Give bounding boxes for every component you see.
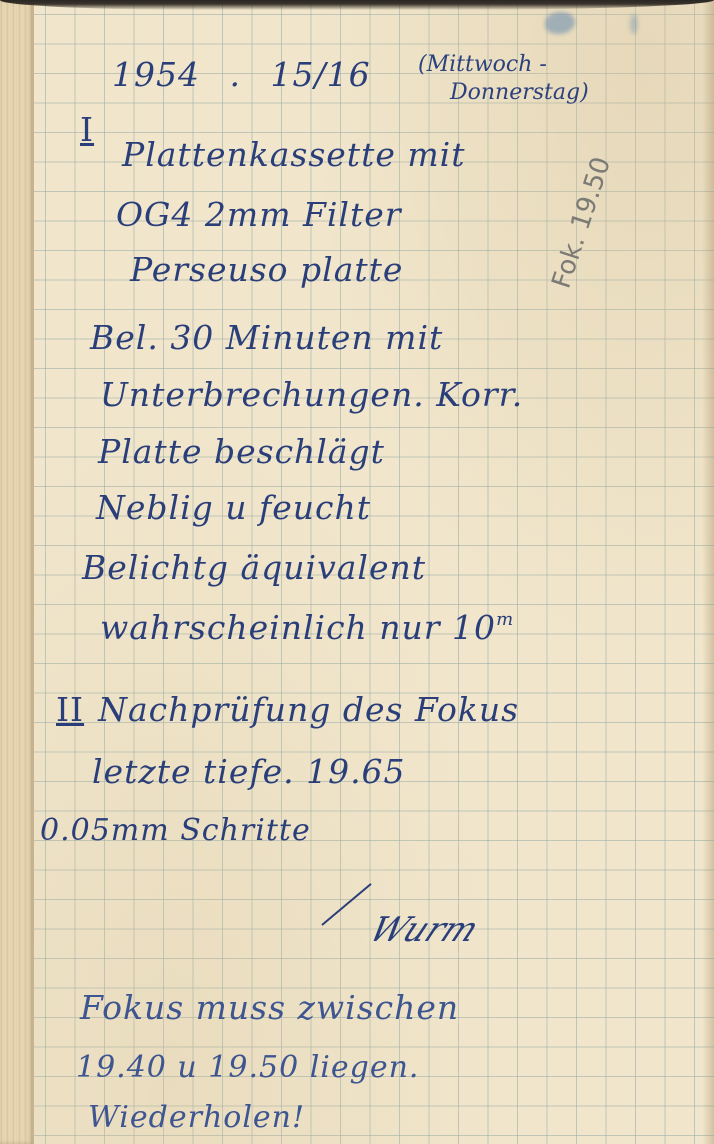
weekday-line-2: Donnerstag) [450,80,589,105]
entry-header-date: 1954 . 15/16 [112,55,371,94]
page-stack-edge [0,0,34,1144]
section-2-line-1: Nachprüfung des Fokus [98,690,519,729]
section-2-header: IINachprüfung des Fokus [56,690,519,729]
minutes-superscript: m [496,609,514,630]
section-1-line-4: Bel. 30 Minuten mit [90,318,443,357]
roman-numeral-1: I [80,110,94,149]
header-separator: . [229,55,241,94]
section-2-line-2: letzte tiefe. 19.65 [92,752,406,791]
section-1-line-3: Perseuso platte [130,250,403,289]
section-1-line-6: Platte beschlägt [98,432,385,471]
section-2-line-3: 0.05mm Schritte [40,813,311,848]
section-1-line-7: Neblig u feucht [96,488,371,527]
section-1-line-2: OG4 2mm Filter [116,195,402,234]
section-1-line-5: Unterbrechungen. Korr. [100,375,523,414]
section-1-line-1: Plattenkassette mit [122,135,465,174]
section-1-line-8: Belichtg äquivalent [82,548,426,587]
page-curl-shadow [702,0,714,1144]
signature: Wurm [363,910,486,950]
section-1-line-9: wahrscheinlich nur 10m [100,608,514,647]
exposure-estimate-text: wahrscheinlich nur 10 [100,608,496,647]
weekday-line-1: (Mittwoch - [418,52,547,77]
notebook-spread: 1954 . 15/16 (Mittwoch - Donnerstag) I P… [0,0,714,1144]
roman-numeral-2: II [56,690,84,729]
section-1-numeral: I [80,110,94,149]
ink-stain-small [630,14,638,34]
conclusion-line-2: 19.40 u 19.50 liegen. [76,1050,419,1085]
entry-dates: 15/16 [270,55,370,94]
conclusion-line-1: Fokus muss zwischen [80,988,459,1027]
conclusion-line-3: Wiederholen! [88,1100,305,1135]
entry-year: 1954 [112,55,200,94]
